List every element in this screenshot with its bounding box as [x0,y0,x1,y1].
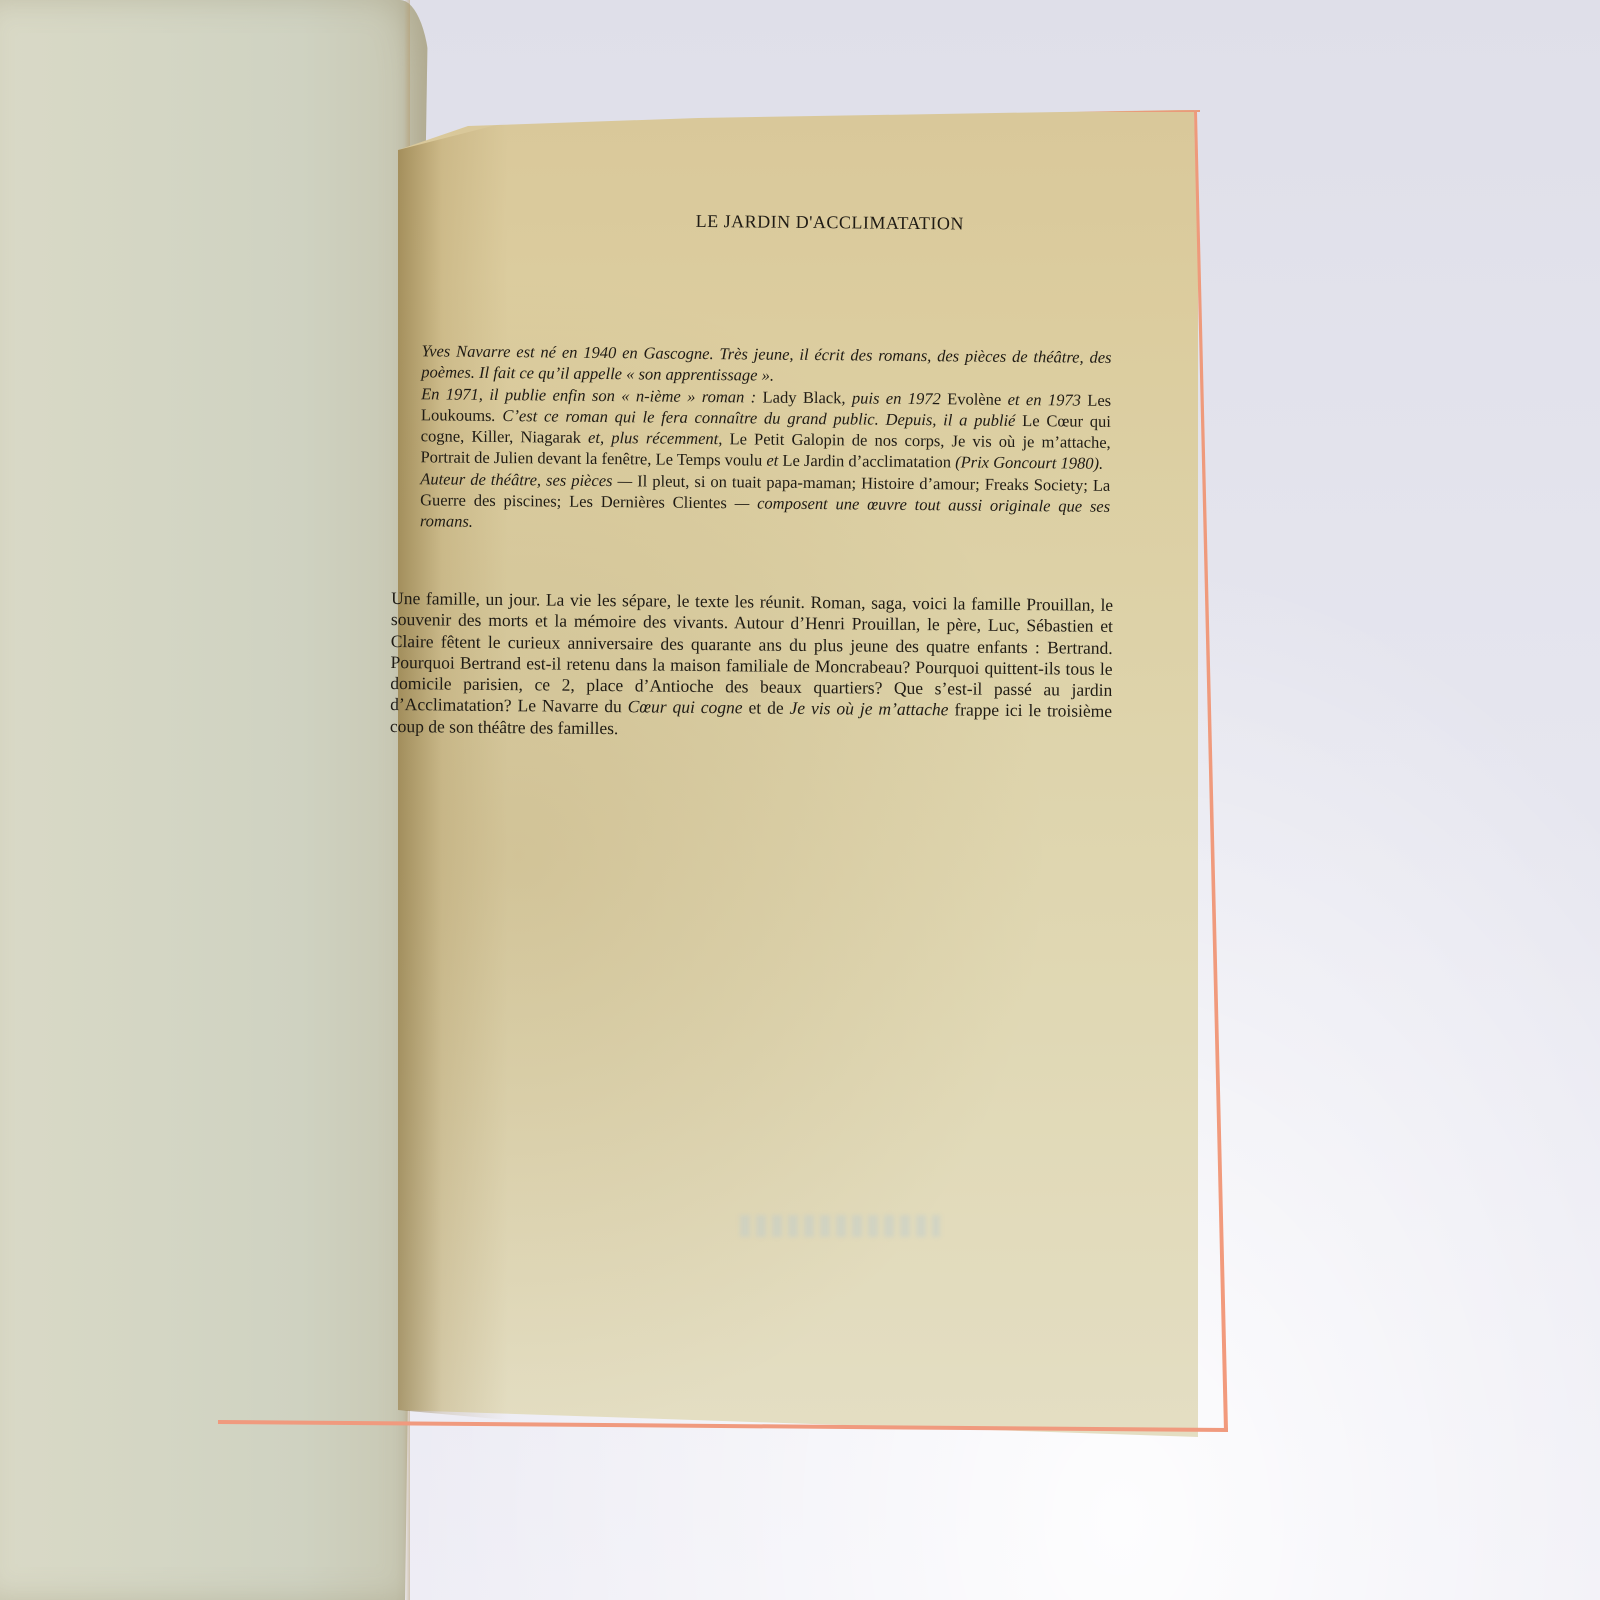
italic-run: Auteur de théâtre, ses pièces — [420,469,637,490]
italic-run: , puis en 1972 [841,388,947,408]
italic-run: Yves Navarre est né en 1940 en Gascogne.… [421,341,1111,385]
italic-run: et, plus récemment, [581,428,730,448]
italic-run: . C’est ce roman qui le fera connaître d… [491,406,1022,430]
italic-run: et [762,451,782,470]
roman-run: Le Jardin d’acclimatation [782,451,951,472]
right-page [398,110,1198,1600]
italic-run: Cœur qui cogne [628,697,743,718]
italic-run: (Prix Goncourt 1980). [951,453,1103,473]
roman-run: Evolène [947,389,1001,409]
author-biography: Yves Navarre est né en 1940 en Gascogne.… [420,340,1112,538]
book-summary: Une famille, un jour. La vie les sépare,… [390,588,1113,744]
italic-run: et en 1973 [1001,389,1087,409]
bio-paragraph: Auteur de théâtre, ses pièces — Il pleut… [420,468,1111,539]
italic-run: Je vis où je m’attache [789,698,948,720]
roman-run: et de [743,698,790,718]
left-page [0,0,430,1600]
italic-run: En 1971, il publie enfin son « n-ième » … [421,384,763,406]
bio-paragraph: Yves Navarre est né en 1940 en Gascogne.… [421,340,1111,389]
bio-paragraph: En 1971, il publie enfin son « n-ième » … [420,383,1111,475]
summary-paragraph: Une famille, un jour. La vie les sépare,… [390,588,1113,744]
roman-run: Lady Black [763,387,842,407]
show-through-text [740,1215,940,1237]
gutter-shadow [398,110,508,1420]
